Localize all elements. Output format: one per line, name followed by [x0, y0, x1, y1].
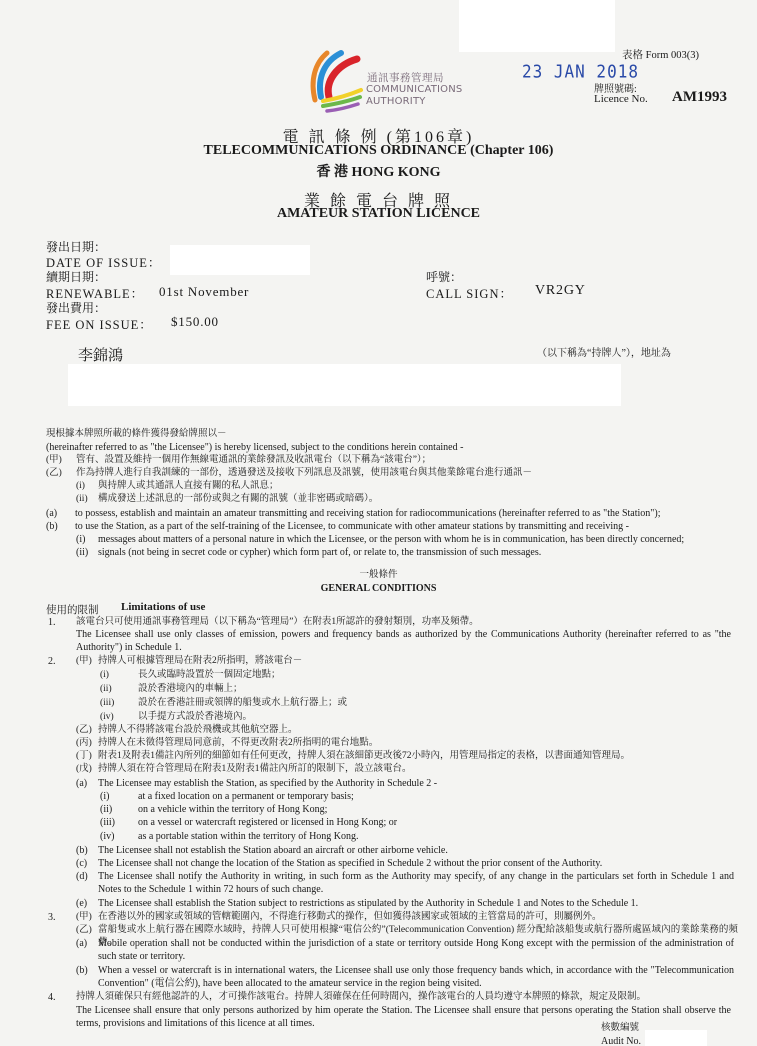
preamble-zh-subitem-i: 與持牌人或其通訊人直接有關的私人訊息；	[98, 480, 718, 493]
condition-2-zh-item-mark: (戊)	[76, 763, 92, 776]
condition-2-item-mark: (d)	[76, 870, 88, 883]
logo-name-zh: 通訊事務管理局	[367, 70, 444, 85]
condition-2-zh-a-item: 以手提方式設於香港境內。	[138, 711, 698, 724]
preamble-subitem-i-mark: (i)	[76, 533, 85, 546]
condition-2-zh-a-item: 設於在香港註冊或領牌的船隻或水上航行器上；或	[138, 697, 698, 710]
condition-2-item-a-sub: on a vessel or watercraft registered or …	[138, 816, 718, 829]
condition-3-zh-a-mark: (甲)	[76, 911, 92, 924]
condition-3-number: 3.	[48, 911, 56, 924]
condition-3-item-a: Mobile operation shall not be conducted …	[98, 937, 734, 963]
renewable-value: 01st November	[159, 284, 249, 300]
preamble-item-b-mark: (b)	[46, 520, 58, 533]
preamble-item-a-mark: (a)	[46, 507, 57, 520]
condition-2-zh-a-item: 長久或臨時設置於一個固定地點；	[138, 669, 698, 682]
condition-1-number: 1.	[48, 616, 56, 629]
condition-2-item-a-sub: at a fixed location on a permanent or te…	[138, 790, 718, 803]
preamble-zh-subitem-i-mark: (i)	[76, 480, 85, 493]
logo-arcs-icon	[305, 45, 365, 115]
condition-2-zh-item: 持牌人在未徵得管理局同意前，不得更改附表2所指明的電台地點。	[98, 737, 738, 750]
preamble-item-a: to possess, establish and maintain an am…	[75, 507, 755, 520]
logo-name-en-2: AUTHORITY	[366, 96, 426, 107]
licence-title: AMATEUR STATION LICENCE	[0, 206, 757, 222]
condition-2-zh-item: 持牌人須在符合管理局在附表1及附表1備註內所訂的限制下，設立該電台。	[98, 763, 738, 776]
condition-2-item: The Licensee shall not change the locati…	[98, 857, 734, 870]
condition-4-zh: 持牌人須確保只有經他認許的人，才可操作該電台。持牌人須確保在任何時間內，操作該電…	[76, 991, 726, 1004]
licensee-name: 李錦鴻	[78, 344, 123, 365]
condition-2-item-a-sub-mark: (iii)	[100, 816, 115, 829]
audit-label: Audit No.	[601, 1035, 641, 1046]
preamble-subitem-i: messages about matters of a personal nat…	[98, 533, 748, 546]
date-of-issue-value	[170, 245, 310, 275]
address-value	[68, 364, 621, 406]
condition-2-item: The Licensee shall establish the Station…	[98, 897, 734, 910]
licensee-suffix: （以下稱為“持牌人”），地址為	[537, 347, 671, 360]
general-conditions-heading: GENERAL CONDITIONS	[0, 582, 757, 595]
call-sign-label: CALL SIGN：	[426, 284, 513, 302]
general-conditions-heading-zh: 一般條件	[0, 569, 757, 582]
condition-4-text: The Licensee shall ensure that only pers…	[76, 1004, 731, 1030]
condition-2-zh-a-item: 設於香港境內的車輛上；	[138, 683, 698, 696]
condition-2-zh-item: 持牌人不得將該電台設於飛機或其他航空器上。	[98, 724, 738, 737]
preamble-zh-subitem-ii: 構成發送上述訊息的一部份或與之有關的訊號（並非密碼或暗碼）。	[98, 493, 718, 506]
logo-name-en: COMMUNICATIONS	[366, 84, 462, 95]
call-sign-value: VR2GY	[535, 283, 586, 299]
preamble-zh-subitem-ii-mark: (ii)	[76, 493, 88, 506]
licence-no-label: Licence No.	[594, 93, 648, 105]
condition-2-item-a-sub-mark: (i)	[100, 790, 109, 803]
preamble-zh-item-a: 管有、設置及維持一個用作無線電通訊的業餘發訊及收訊電台（以下稱為“該電台”）；	[76, 454, 736, 467]
licence-no-value: AM1993	[672, 89, 727, 106]
redacted-top	[459, 0, 615, 52]
renewable-label-zh: 續期日期：	[46, 268, 106, 285]
fee-label-zh: 發出費用：	[46, 299, 106, 316]
fee-value: $150.00	[171, 314, 219, 330]
preamble-item-b: to use the Station, as a part of the sel…	[75, 520, 755, 533]
condition-2-item: The Licensee shall not establish the Sta…	[98, 844, 734, 857]
condition-2-zh-a-item-mark: (iii)	[100, 697, 114, 710]
condition-2-zh-item-mark: (乙)	[76, 724, 92, 737]
date-stamp: 23 JAN 2018	[522, 61, 639, 82]
preamble-intro-zh: 現根據本牌照所載的條件獲得發給牌照以－	[46, 428, 227, 441]
section-heading-zh: 使用的限制	[46, 602, 99, 617]
condition-3-zh-b-mark: (乙)	[76, 924, 92, 937]
preamble-subitem-ii: signals (not being in secret code or cyp…	[98, 546, 748, 559]
audit-value	[645, 1030, 707, 1046]
condition-3-item-b-mark: (b)	[76, 964, 88, 977]
preamble-zh-item-b: 作為持牌人進行自我訓練的一部份，透過發送及接收下列訊息及訊號，使用該電台與其他業…	[76, 467, 736, 480]
preamble-intro: (hereinafter referred to as "the License…	[46, 441, 463, 454]
condition-2-zh-a: 持牌人可根據管理局在附表2所指明，將該電台－	[98, 655, 698, 668]
condition-2-zh-a-mark: (甲)	[76, 655, 92, 668]
preamble-zh-item-b-mark: (乙)	[46, 467, 62, 480]
section-heading: Limitations of use	[121, 601, 205, 613]
condition-2-item-mark: (c)	[76, 857, 87, 870]
call-sign-label-zh: 呼號：	[426, 268, 462, 285]
condition-2-zh-a-item-mark: (i)	[100, 669, 109, 682]
condition-3-item-a-mark: (a)	[76, 937, 87, 950]
condition-3-item-b: When a vessel or watercraft is in intern…	[98, 964, 734, 990]
condition-2-number: 2.	[48, 655, 56, 668]
condition-2-item-mark: (e)	[76, 897, 87, 910]
condition-2-item-mark: (b)	[76, 844, 88, 857]
ordinance-title: TELECOMMUNICATIONS ORDINANCE (Chapter 10…	[0, 143, 757, 159]
fee-label: FEE ON ISSUE：	[46, 315, 153, 333]
condition-2-zh-a-item-mark: (ii)	[100, 683, 112, 696]
condition-2-item: The Licensee shall notify the Authority …	[98, 870, 734, 896]
condition-2-item-a-sub-mark: (iv)	[100, 830, 114, 843]
condition-2-item-a: The Licensee may establish the Station, …	[98, 777, 738, 790]
condition-2-item-a-sub: as a portable station within the territo…	[138, 830, 718, 843]
condition-4-number: 4.	[48, 991, 56, 1004]
condition-2-zh-item: 附表1及附表1備註內所列的細節如有任何更改，持牌人須在該細節更改後72小時內，用…	[98, 750, 738, 763]
condition-1-text: The Licensee shall use only classes of e…	[76, 628, 731, 654]
preamble-zh-item-a-mark: (甲)	[46, 454, 62, 467]
region-title: 香 港 HONG KONG	[0, 161, 757, 181]
condition-2-zh-a-item-mark: (iv)	[100, 711, 114, 724]
condition-2-item-a-sub: on a vehicle within the territory of Hon…	[138, 803, 718, 816]
form-number: 表格 Form 003(3)	[622, 47, 699, 62]
condition-2-item-a-sub-mark: (ii)	[100, 803, 112, 816]
condition-3-zh-a: 在香港以外的國家或領域的管轄範圍內，不得進行移動式的操作，但如獲得該國家或領域的…	[98, 911, 738, 924]
condition-2-zh-item-mark: (丙)	[76, 737, 92, 750]
preamble-subitem-ii-mark: (ii)	[76, 546, 88, 559]
condition-2-item-a-mark: (a)	[76, 777, 87, 790]
condition-2-zh-item-mark: (丁)	[76, 750, 92, 763]
